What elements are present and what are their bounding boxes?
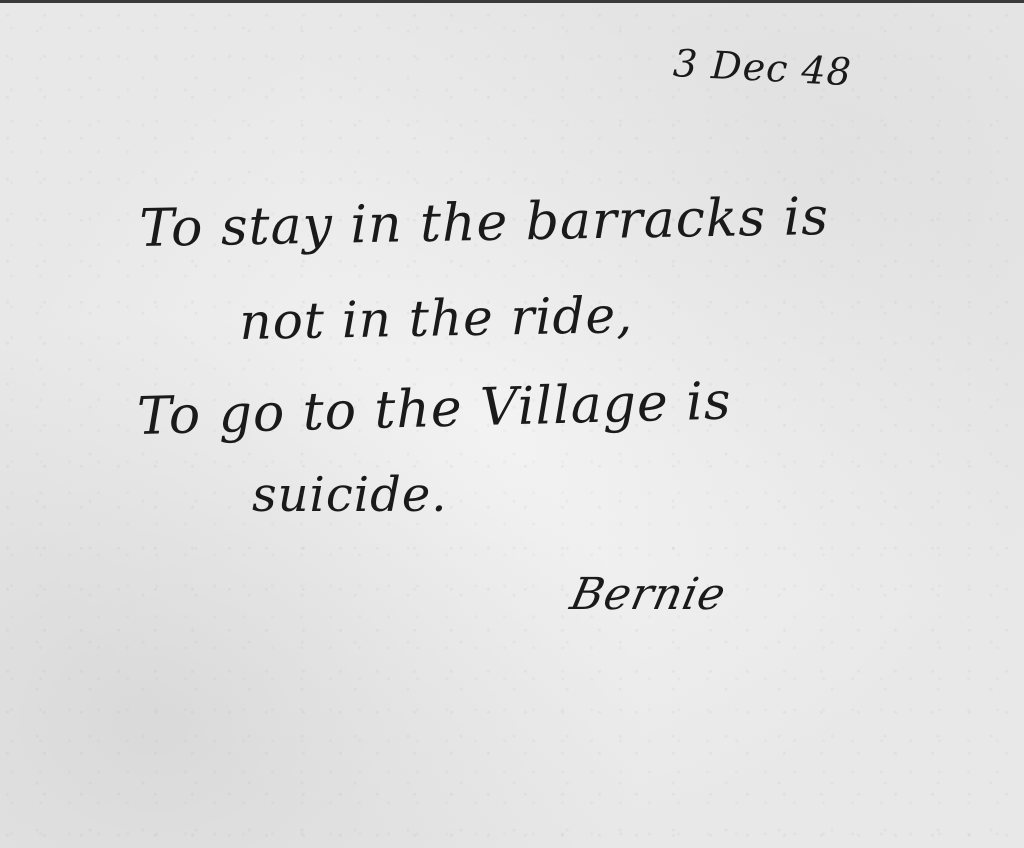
note-line-1: To stay in the barracks is	[139, 187, 829, 259]
note-paper: 3 Dec 48 To stay in the barracks is not …	[0, 0, 1024, 848]
note-signature: Bernie	[566, 569, 731, 620]
note-line-4: suicide.	[252, 467, 448, 523]
note-date: 3 Dec 48	[672, 41, 853, 94]
note-line-3: To go to the Village is	[136, 371, 732, 447]
note-line-2: not in the ride,	[239, 286, 633, 351]
